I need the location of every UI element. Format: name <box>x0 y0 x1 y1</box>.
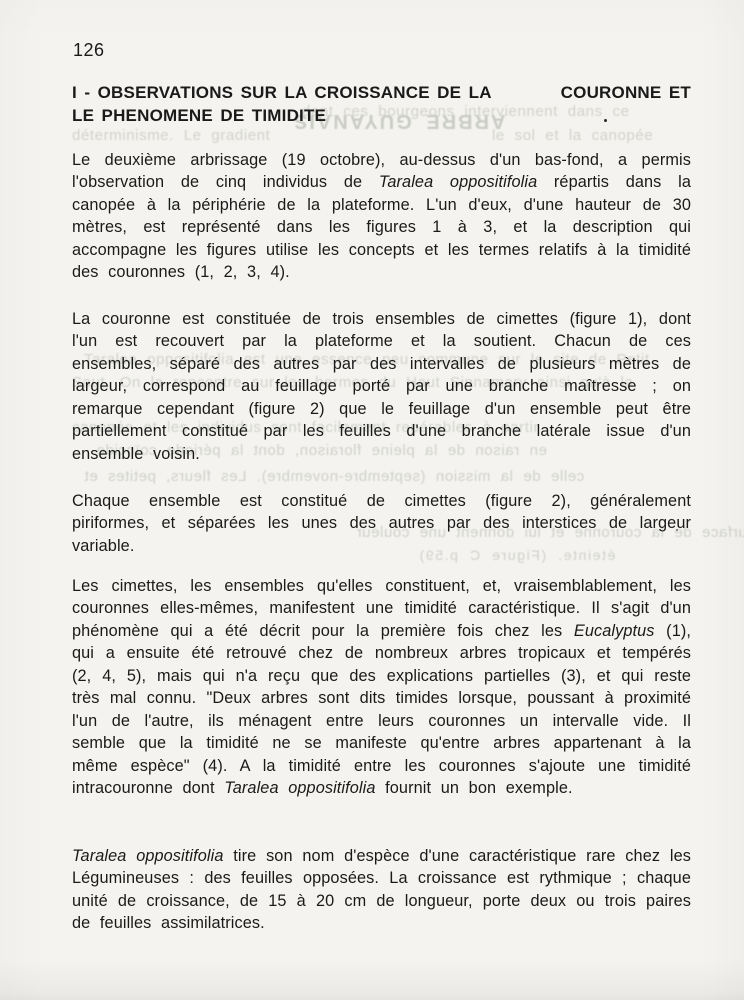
paragraph-taralea-feuilles: Taralea oppositifolia tire son nom d'esp… <box>72 845 691 935</box>
heading-line1-left: I - OBSERVATIONS SUR LA CROISSANCE DE LA <box>72 82 492 105</box>
bleedthrough-text: déterminisme. Le gradient <box>72 125 270 147</box>
heading-line-2: LE PHENOMENE DE TIMIDITE <box>72 105 691 128</box>
paragraph-timidite: Les cimettes, les ensembles qu'elles con… <box>72 575 691 800</box>
section-heading: I - OBSERVATIONS SUR LA CROISSANCE DE LA… <box>72 82 691 127</box>
paragraph-observation-arbrissage: Le deuxième arbrissage (19 octobre), au-… <box>72 149 691 284</box>
paragraph-couronne-ensembles: La couronne est constituée de trois ense… <box>72 308 691 465</box>
bleedthrough-text-mirrored: celle de la mission (septembre-novembre)… <box>84 466 584 488</box>
bleedthrough-text: le sol et la canopée <box>492 125 653 147</box>
ink-speck <box>604 119 607 122</box>
ink-speck <box>676 529 678 531</box>
paragraph-cimettes-piriformes: Chaque ensemble est constitué de cimette… <box>72 490 691 557</box>
page-number: 126 <box>73 40 105 61</box>
heading-line-1: I - OBSERVATIONS SUR LA CROISSANCE DE LA… <box>72 82 691 105</box>
scanned-book-page: dant ces bourgeons interviennent dans ce… <box>0 0 744 1000</box>
heading-line1-right: COURONNE ET <box>561 82 691 105</box>
